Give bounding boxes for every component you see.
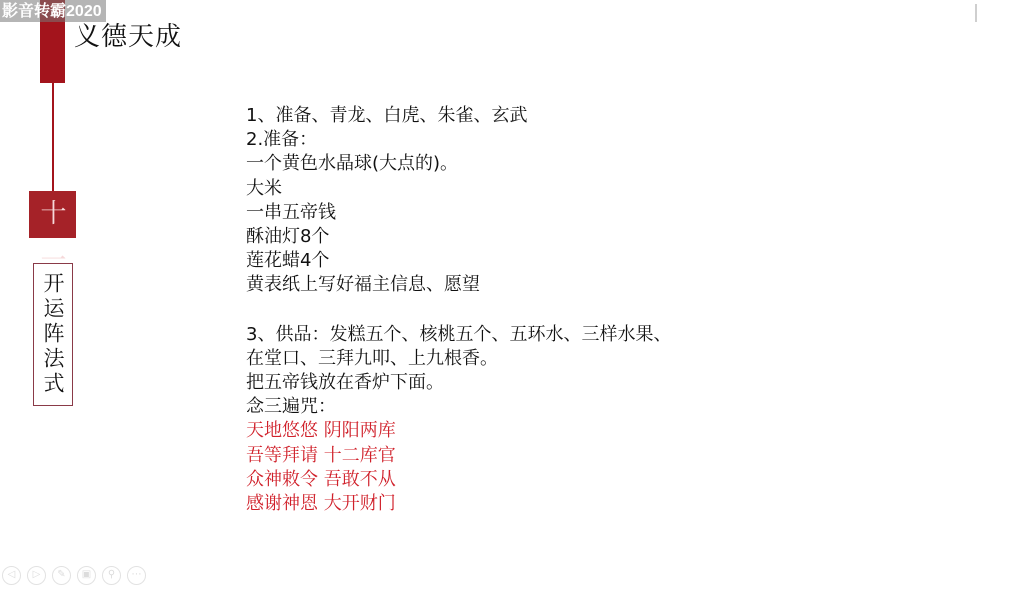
pen-icon[interactable]: ✎ (52, 566, 71, 585)
content-line: 莲花蜡4个 (246, 249, 671, 273)
content-line: 一串五帝钱 (246, 201, 671, 225)
next-slide-icon[interactable]: ▷ (27, 566, 46, 585)
corner-mark (975, 4, 977, 22)
slide-content: 1、准备、青龙、白虎、朱雀、玄武 2.准备： 一个黄色水晶球(大点的)。 大米 … (246, 104, 671, 516)
mantra-line: 吾等拜请 十二库官 (246, 444, 671, 468)
content-line: 1、准备、青龙、白虎、朱雀、玄武 (246, 104, 671, 128)
mantra-line: 感谢神恩 大开财门 (246, 492, 671, 516)
chapter-number-badge: 十一 (29, 191, 76, 238)
watermark-text: 影音转霸 (2, 1, 66, 20)
content-line: 一个黄色水晶球(大点的)。 (246, 152, 671, 176)
slideshow-controls: ◁ ▷ ✎ ▣ ⚲ ⋯ (2, 566, 146, 585)
zoom-icon[interactable]: ⚲ (102, 566, 121, 585)
previous-slide-icon[interactable]: ◁ (2, 566, 21, 585)
slides-overview-icon[interactable]: ▣ (77, 566, 96, 585)
spacer (246, 298, 671, 323)
content-line: 2.准备： (246, 128, 671, 152)
mantra-line: 众神敕令 吾敢不从 (246, 468, 671, 492)
content-line: 3、供品：发糕五个、核桃五个、五环水、三样水果、 (246, 323, 671, 347)
content-line: 念三遍咒： (246, 395, 671, 419)
content-line: 黄表纸上写好福主信息、愿望 (246, 273, 671, 297)
watermark-year: 2020 (66, 3, 102, 20)
content-line: 酥油灯8个 (246, 225, 671, 249)
content-line: 把五帝钱放在香炉下面。 (246, 371, 671, 395)
section-label: 开运阵法式 (41, 272, 65, 397)
mantra-line: 天地悠悠 阴阳两库 (246, 419, 671, 443)
decorative-vertical-line (52, 83, 54, 191)
content-line: 在堂口、三拜九叩、上九根香。 (246, 347, 671, 371)
content-line: 大米 (246, 177, 671, 201)
watermark: 影音转霸2020 (0, 0, 106, 22)
more-options-icon[interactable]: ⋯ (127, 566, 146, 585)
section-label-box: 开运阵法式 (33, 263, 73, 406)
